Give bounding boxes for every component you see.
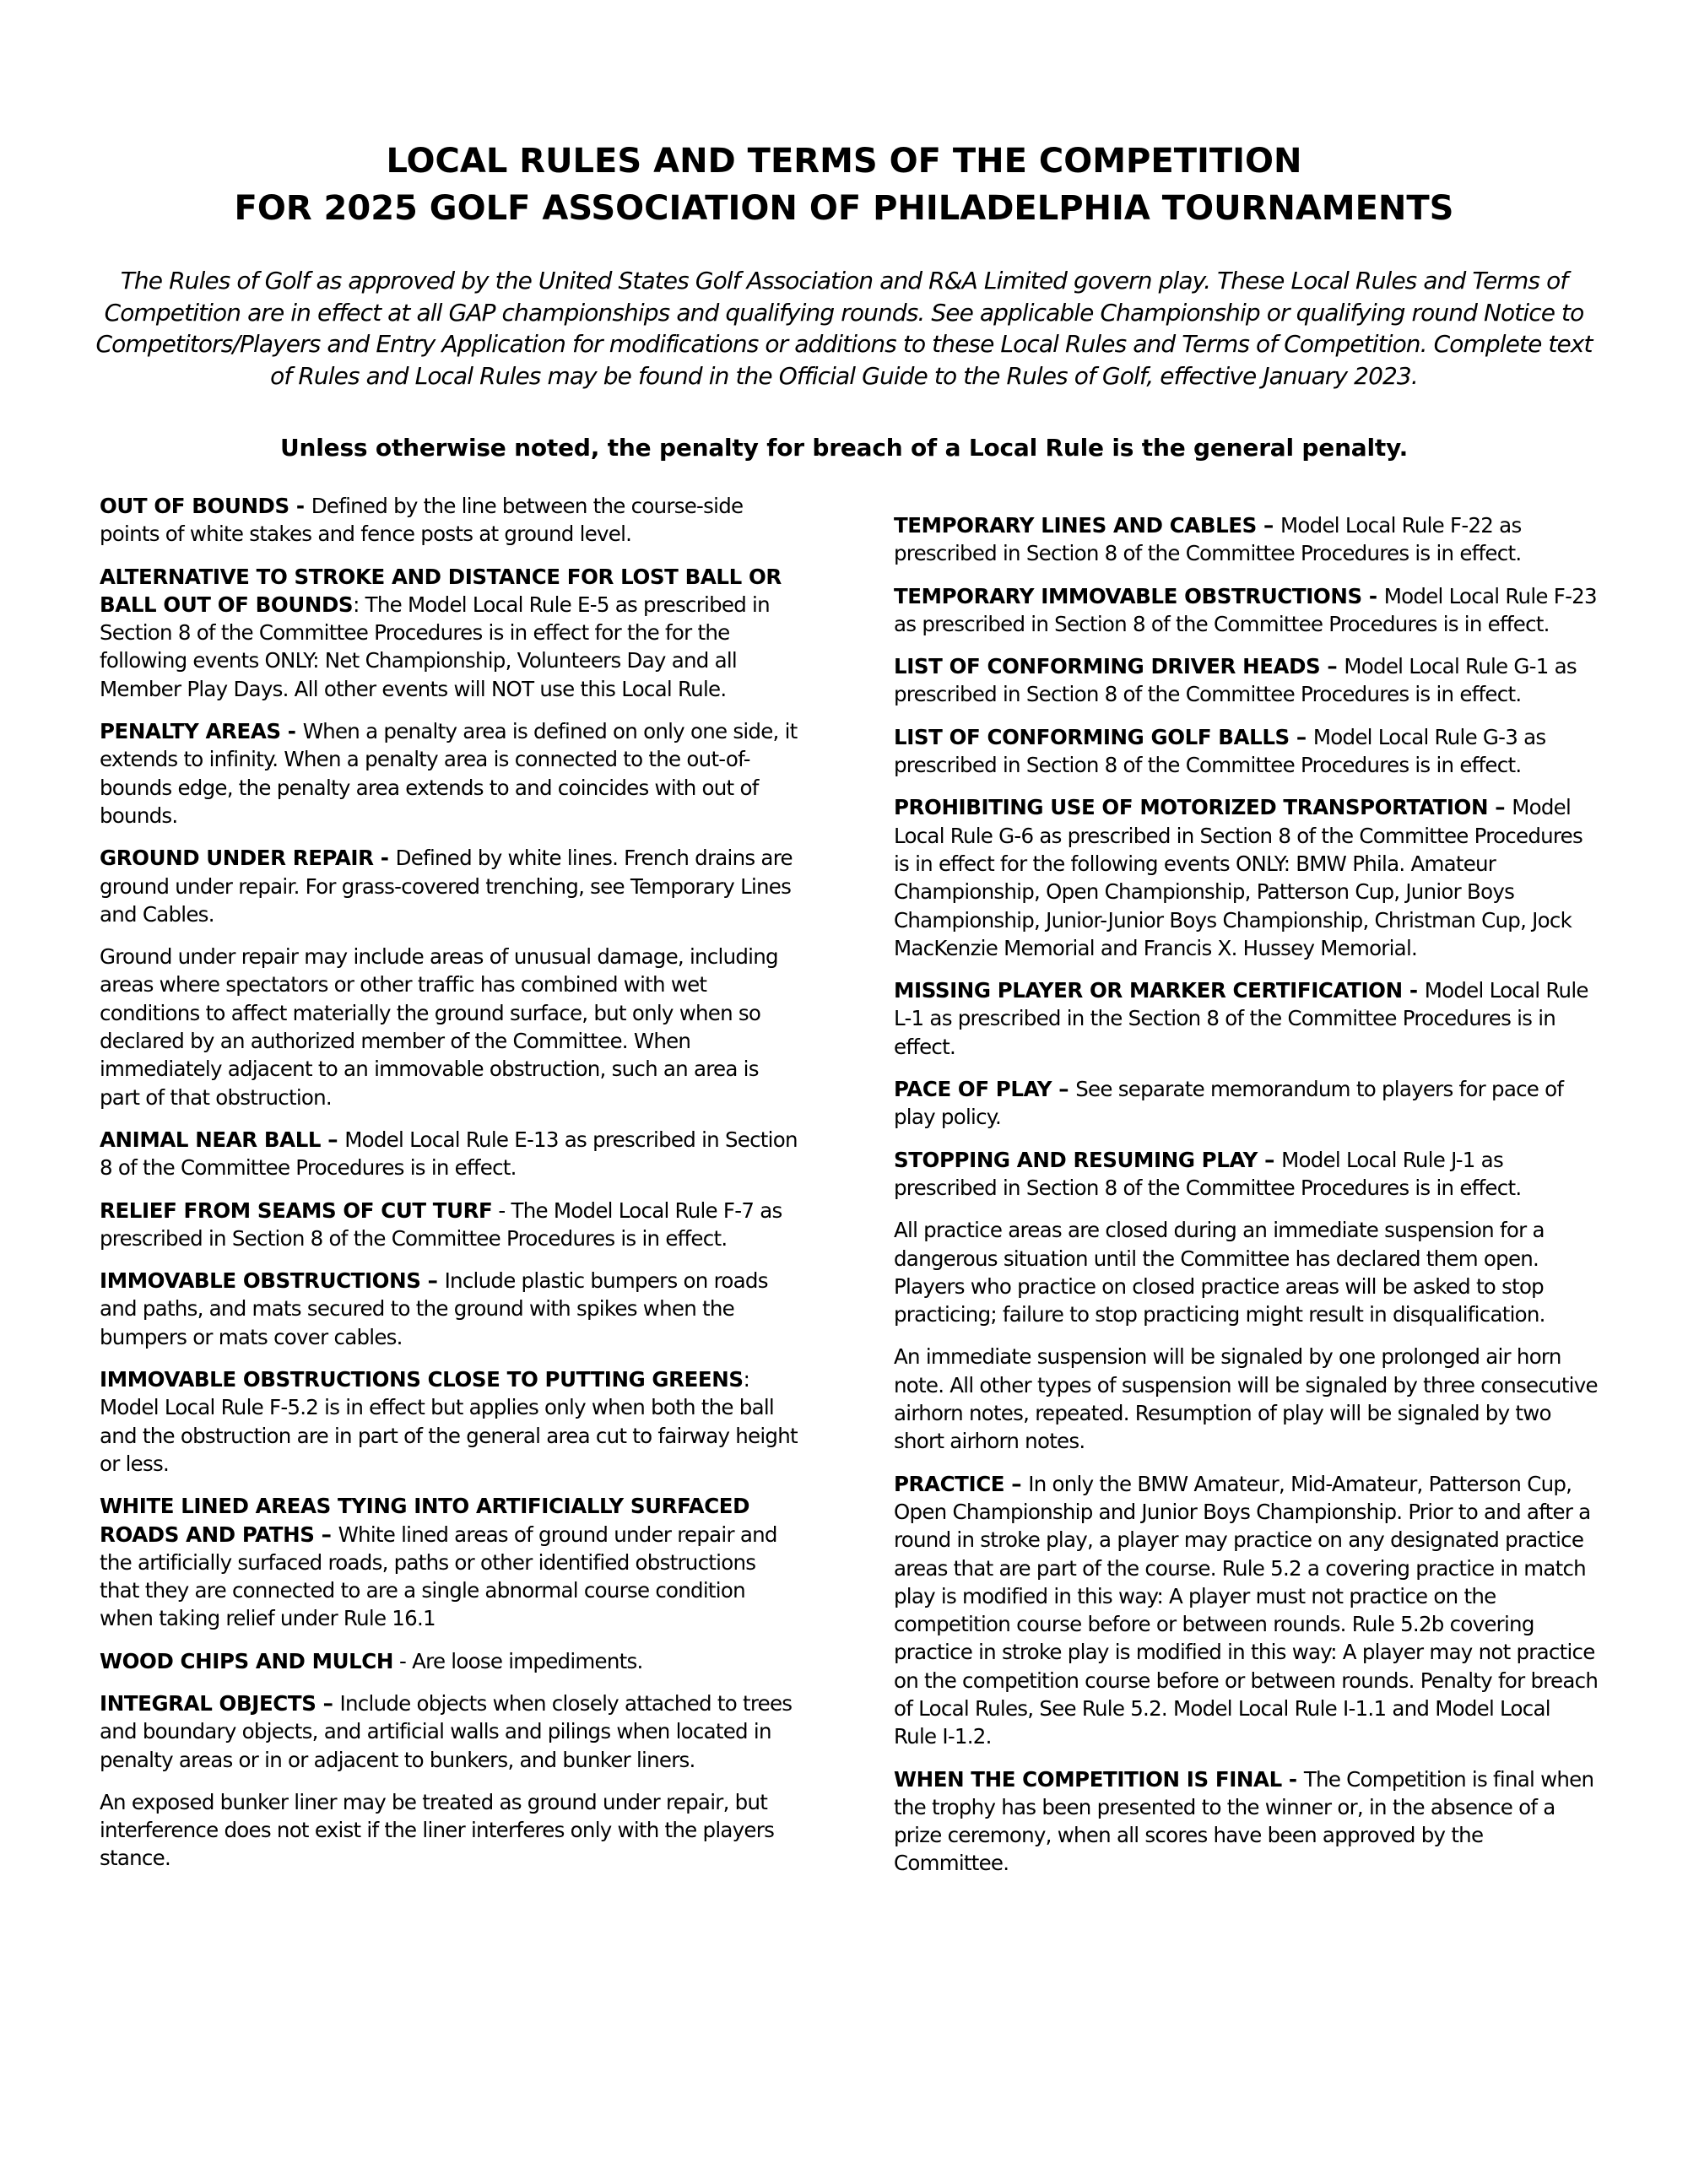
rule-heading: RELIEF FROM SEAMS OF CUT TURF: [100, 1198, 492, 1223]
rule-penalty-areas: PENALTY AREAS - When a penalty area is d…: [100, 717, 800, 830]
rule-heading: WOOD CHIPS AND MULCH: [100, 1649, 393, 1673]
rule-body: All practice areas are closed during an …: [894, 1218, 1545, 1327]
rule-body: In only the BMW Amateur, Mid-Amateur, Pa…: [894, 1472, 1598, 1749]
intro-paragraph: The Rules of Golf as approved by the Uni…: [93, 265, 1595, 392]
rule-wood-chips-mulch: WOOD CHIPS AND MULCH - Are loose impedim…: [100, 1647, 800, 1675]
rule-practice-areas-closed: All practice areas are closed during an …: [894, 1216, 1599, 1328]
rule-immovable-obstructions: IMMOVABLE OBSTRUCTIONS – Include plastic…: [100, 1267, 800, 1351]
rule-competition-final: WHEN THE COMPETITION IS FINAL - The Comp…: [894, 1765, 1599, 1878]
rule-body: An immediate suspension will be signaled…: [894, 1344, 1598, 1453]
rule-practice: PRACTICE – In only the BMW Amateur, Mid-…: [894, 1470, 1599, 1751]
right-column: TEMPORARY LINES AND CABLES – Model Local…: [894, 511, 1599, 1892]
rule-missing-certification: MISSING PLAYER OR MARKER CERTIFICATION -…: [894, 976, 1599, 1061]
rule-heading: INTEGRAL OBJECTS –: [100, 1691, 340, 1716]
title-line-1: LOCAL RULES AND TERMS OF THE COMPETITION: [0, 138, 1688, 185]
rule-heading: PENALTY AREAS -: [100, 719, 303, 743]
rule-stopping-resuming-play: STOPPING AND RESUMING PLAY – Model Local…: [894, 1146, 1599, 1203]
rule-heading: IMMOVABLE OBSTRUCTIONS –: [100, 1268, 445, 1293]
rule-heading: PROHIBITING USE OF MOTORIZED TRANSPORTAT…: [894, 795, 1512, 819]
rule-body: Model Local Rule G-6 as prescribed in Se…: [894, 795, 1582, 960]
document-page: LOCAL RULES AND TERMS OF THE COMPETITION…: [0, 0, 1688, 2184]
rule-bunker-liner: An exposed bunker liner may be treated a…: [100, 1788, 800, 1873]
rule-integral-objects: INTEGRAL OBJECTS – Include objects when …: [100, 1689, 800, 1774]
rule-heading: LIST OF CONFORMING DRIVER HEADS –: [894, 654, 1344, 678]
rule-heading: WHEN THE COMPETITION IS FINAL -: [894, 1767, 1304, 1792]
left-column: OUT OF BOUNDS - Defined by the line betw…: [100, 492, 800, 1887]
rule-out-of-bounds: OUT OF BOUNDS - Defined by the line betw…: [100, 492, 800, 549]
rule-body: - Are loose impediments.: [393, 1649, 643, 1673]
rule-heading: MISSING PLAYER OR MARKER CERTIFICATION -: [894, 978, 1425, 1003]
page-title: LOCAL RULES AND TERMS OF THE COMPETITION…: [0, 138, 1688, 232]
rule-heading: TEMPORARY IMMOVABLE OBSTRUCTIONS -: [894, 584, 1384, 608]
general-penalty-note: Unless otherwise noted, the penalty for …: [0, 432, 1688, 464]
title-line-2: FOR 2025 GOLF ASSOCIATION OF PHILADELPHI…: [0, 185, 1688, 232]
rule-heading: OUT OF BOUNDS -: [100, 494, 311, 518]
rule-heading: STOPPING AND RESUMING PLAY –: [894, 1148, 1281, 1172]
rule-immovable-obstructions-putting-greens: IMMOVABLE OBSTRUCTIONS CLOSE TO PUTTING …: [100, 1365, 800, 1478]
rule-heading: PRACTICE –: [894, 1472, 1028, 1496]
rule-alternative-stroke-distance: ALTERNATIVE TO STROKE AND DISTANCE FOR L…: [100, 563, 800, 703]
rule-motorized-transportation: PROHIBITING USE OF MOTORIZED TRANSPORTAT…: [894, 793, 1599, 962]
rule-heading: ANIMAL NEAR BALL –: [100, 1127, 344, 1152]
rule-heading: PACE OF PLAY –: [894, 1077, 1075, 1101]
rule-temporary-immovable-obstructions: TEMPORARY IMMOVABLE OBSTRUCTIONS - Model…: [894, 582, 1599, 639]
rule-heading: GROUND UNDER REPAIR -: [100, 846, 396, 870]
rule-body: An exposed bunker liner may be treated a…: [100, 1790, 774, 1871]
rule-conforming-golf-balls: LIST OF CONFORMING GOLF BALLS – Model Lo…: [894, 723, 1599, 780]
rule-ground-under-repair: GROUND UNDER REPAIR - Defined by white l…: [100, 844, 800, 928]
rule-heading: TEMPORARY LINES AND CABLES –: [894, 513, 1280, 538]
rule-pace-of-play: PACE OF PLAY – See separate memorandum t…: [894, 1075, 1599, 1132]
rule-seams-of-cut-turf: RELIEF FROM SEAMS OF CUT TURF - The Mode…: [100, 1197, 800, 1253]
rule-temporary-lines-cables: TEMPORARY LINES AND CABLES – Model Local…: [894, 511, 1599, 568]
rule-white-lined-areas: WHITE LINED AREAS TYING INTO ARTIFICIALL…: [100, 1492, 800, 1632]
rule-heading: IMMOVABLE OBSTRUCTIONS CLOSE TO PUTTING …: [100, 1367, 744, 1392]
rule-ground-under-repair-detail: Ground under repair may include areas of…: [100, 943, 800, 1111]
rule-body: Ground under repair may include areas of…: [100, 944, 778, 1109]
rule-heading: LIST OF CONFORMING GOLF BALLS –: [894, 725, 1313, 749]
rule-animal-near-ball: ANIMAL NEAR BALL – Model Local Rule E-13…: [100, 1126, 800, 1182]
rule-suspension-signals: An immediate suspension will be signaled…: [894, 1343, 1599, 1455]
rule-conforming-driver-heads: LIST OF CONFORMING DRIVER HEADS – Model …: [894, 652, 1599, 709]
